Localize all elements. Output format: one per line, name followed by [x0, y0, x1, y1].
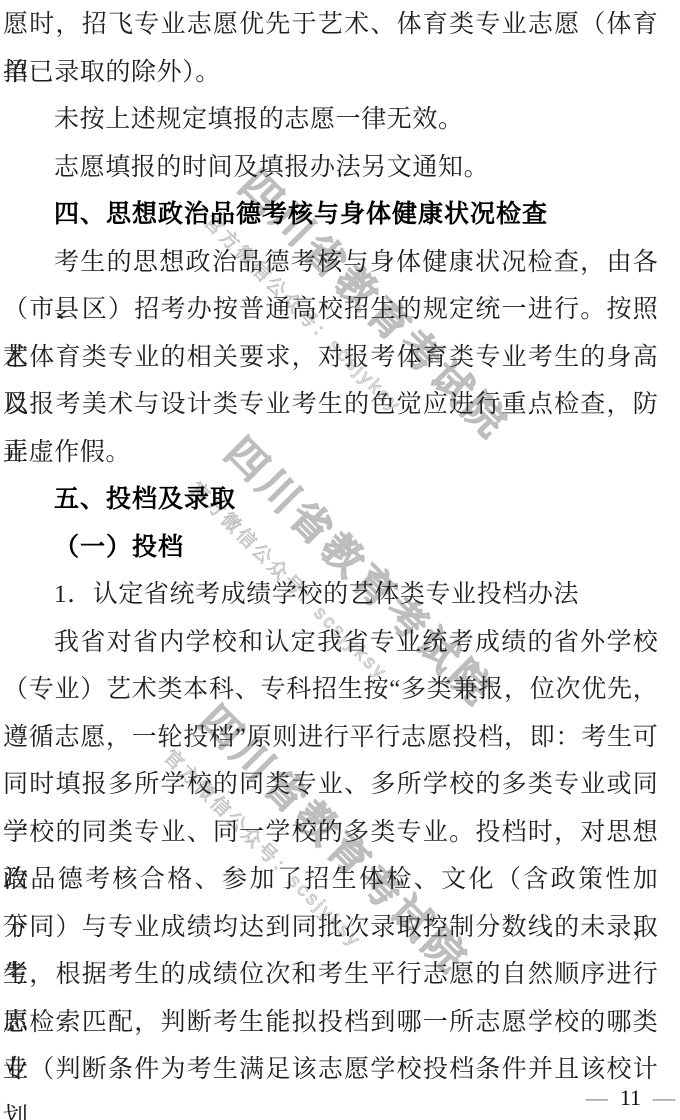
text-line: （专业）艺术类本科、专科招生按“多类兼报，位次优先，	[3, 666, 658, 714]
text-line: 考生的思想政治品德考核与身体健康状况检查，由各县	[3, 239, 658, 287]
section-heading-5: 五、投档及录取	[3, 476, 658, 524]
document-content: 愿时，招飞专业志愿优先于艺术、体育类专业志愿（体育单 招已录取的除外）。 未按上…	[3, 1, 658, 1094]
text-line: （市、区）招考办按普通高校招生的规定统一进行。按照艺	[3, 286, 658, 334]
section-heading-4: 四、思想政治品德考核与身体健康状况检查	[3, 191, 658, 239]
page-number-dash: —	[653, 1085, 675, 1110]
text-line: 及报考美术与设计类专业考生的色觉应进行重点检查，防止	[3, 381, 658, 429]
text-line: 生，根据考生的成绩位次和考生平行志愿的自然顺序进行志	[3, 951, 658, 999]
text-line: 弄虚作假。	[3, 429, 658, 477]
text-line: 遵循志愿，一轮投档”原则进行平行志愿投档，即：考生可	[3, 714, 658, 762]
numbered-item-1: 1．认定省统考成绩学校的艺体类专业投档办法	[3, 571, 658, 619]
text-line: 治品德考核合格、参加了招生体检、文化（含政策性加分，	[3, 856, 658, 904]
text-line: 招已录取的除外）。	[3, 49, 658, 97]
document-page: 四川省教育考试院 官方微信公众号：scsjyksy 四川省教育考试院 官方微信公…	[0, 0, 680, 1120]
text-line: 愿检索匹配，判断考生能拟投档到哪一所志愿学校的哪类专	[3, 999, 658, 1047]
text-line: 我省对省内学校和认定我省专业统考成绩的省外学校	[3, 619, 658, 667]
text-line: 业（判断条件为考生满足该志愿学校投档条件并且该校计划	[3, 1046, 658, 1094]
text-line: 未按上述规定填报的志愿一律无效。	[3, 96, 658, 144]
text-line: 下同）与专业成绩均达到同批次录取控制分数线的未录取考	[3, 904, 658, 952]
subsection-heading-1: （一）投档	[3, 524, 658, 572]
text-line: 愿时，招飞专业志愿优先于艺术、体育类专业志愿（体育单	[3, 1, 658, 49]
text-line: 学校的同类专业、同一学校的多类专业。投档时，对思想政	[3, 809, 658, 857]
page-number-dash: —	[586, 1085, 608, 1110]
text-line: 术体育类专业的相关要求，对报考体育类专业考生的身高以	[3, 334, 658, 382]
page-number-value: 11	[620, 1085, 641, 1110]
text-line: 志愿填报的时间及填报办法另文通知。	[3, 144, 658, 192]
page-number: —11—	[586, 1085, 675, 1111]
text-line: 同时填报多所学校的同类专业、多所学校的多类专业或同一	[3, 761, 658, 809]
